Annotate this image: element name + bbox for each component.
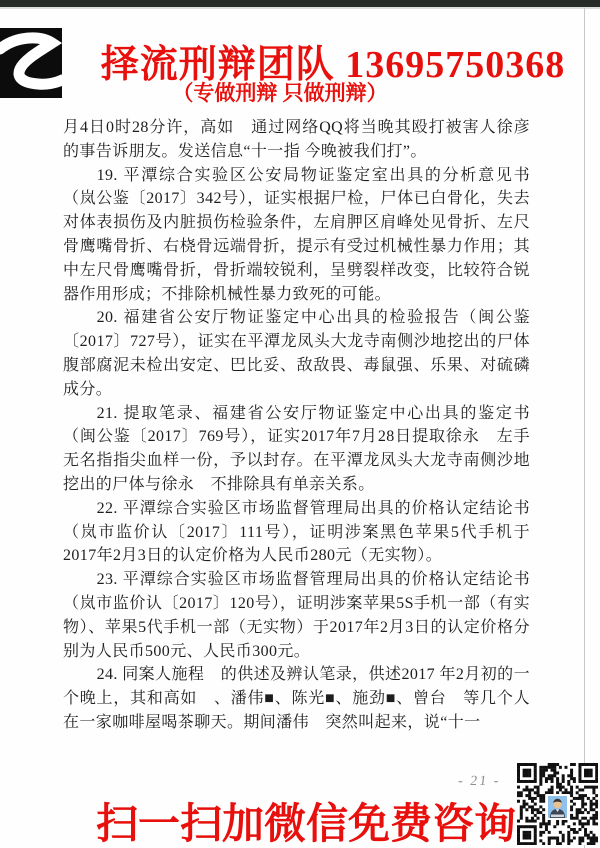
paragraph: 24. 同案人施程 的供述及辨认笔录，供述2017 年2月初的一个晚上，其和高如… [63,663,530,734]
paragraph: 20. 福建省公安厅物证鉴定中心出具的检验报告（闽公鉴〔2017〕727号），证… [63,306,530,401]
page-right-edge-line [584,8,585,848]
scan-top-edge [0,0,600,7]
zeliu-logo-icon [0,28,62,98]
document-body: 月4日0时28分许，高如 通过网络QQ将当晚其殴打被害人徐彦 的事告诉朋友。发送… [63,116,530,735]
paragraph: 月4日0时28分许，高如 通过网络QQ将当晚其殴打被害人徐彦 的事告诉朋友。发送… [63,116,530,164]
scanned-document-page: 择流刑辩团队 13695750368 （专做刑辩 只做刑辩） 月4日0时28分许… [0,0,600,848]
paragraph: 23. 平潭综合实验区市场监督管理局出具的价格认定结论书（岚市监价认〔2017〕… [63,568,530,663]
paragraph: 21. 提取笔录、福建省公安厅物证鉴定中心出具的鉴定书（闽公鉴〔2017〕769… [63,402,530,497]
wechat-cta-text: 扫一扫加微信免费咨询 [92,791,520,848]
paragraph: 22. 平潭综合实验区市场监督管理局出具的价格认定结论书（岚市监价认〔2017〕… [63,497,530,568]
firm-subtitle: （专做刑辩 只做刑辩） [80,77,480,107]
paragraph: 19. 平潭综合实验区公安局物证鉴定室出具的分析意见书（岚公鉴〔2017〕342… [63,164,530,307]
wechat-qr-code [517,763,598,845]
